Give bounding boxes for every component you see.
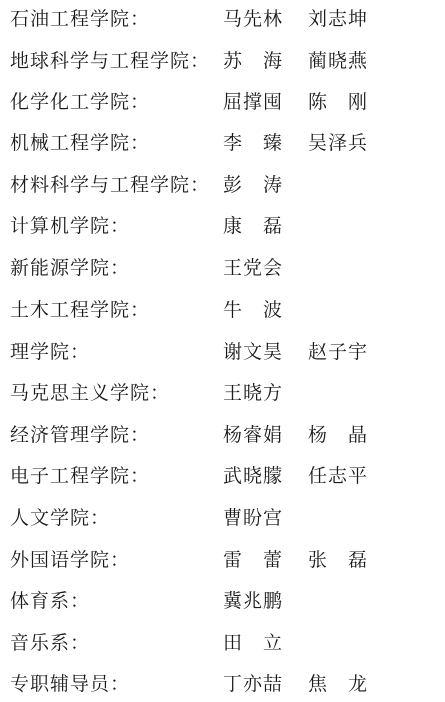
list-item: 土木工程学院： 牛 波 (0, 295, 445, 325)
person-name: 陈 刚 (308, 87, 368, 117)
list-item: 计算机学院： 康 磊 (0, 211, 445, 241)
person-name: 李 臻 (223, 128, 283, 158)
person-name: 屈撑囤 (223, 87, 283, 117)
person-name: 张 磊 (308, 545, 368, 575)
list-item: 地球科学与工程学院： 苏 海 蔺晓燕 (0, 46, 445, 76)
department-label: 人文学院： (10, 503, 110, 533)
person-name: 杨 晶 (308, 420, 368, 450)
department-label: 石油工程学院： (10, 4, 150, 34)
person-name: 杨睿娟 (223, 420, 283, 450)
list-item: 体育系： 冀兆鹏 (0, 586, 445, 616)
person-name: 康 磊 (223, 211, 283, 241)
department-label: 电子工程学院： (10, 461, 150, 491)
person-name: 武晓朦 (223, 461, 283, 491)
department-label: 机械工程学院： (10, 128, 150, 158)
list-item: 音乐系： 田 立 (0, 628, 445, 658)
person-name: 王晓方 (223, 378, 283, 408)
person-name: 赵子宇 (308, 337, 368, 367)
list-item: 电子工程学院： 武晓朦 任志平 (0, 461, 445, 491)
person-name: 雷 蕾 (223, 545, 283, 575)
person-name: 苏 海 (223, 46, 283, 76)
person-name: 王党会 (223, 253, 283, 283)
department-label: 材料科学与工程学院： (10, 170, 210, 200)
list-item: 化学化工学院： 屈撑囤 陈 刚 (0, 87, 445, 117)
department-label: 地球科学与工程学院： (10, 46, 210, 76)
department-label: 计算机学院： (10, 211, 130, 241)
person-name: 田 立 (223, 628, 283, 658)
department-label: 化学化工学院： (10, 87, 150, 117)
list-item: 马克思主义学院： 王晓方 (0, 378, 445, 408)
department-label: 专职辅导员： (10, 669, 130, 699)
department-label: 体育系： (10, 586, 90, 616)
list-item: 材料科学与工程学院： 彭 涛 (0, 170, 445, 200)
person-name: 任志平 (308, 461, 368, 491)
person-name: 彭 涛 (223, 170, 283, 200)
department-label: 土木工程学院： (10, 295, 150, 325)
department-label: 经济管理学院： (10, 420, 150, 450)
list-item: 理学院： 谢文昊 赵子宇 (0, 337, 445, 367)
person-name: 马先林 (223, 4, 283, 34)
person-name: 牛 波 (223, 295, 283, 325)
person-name: 焦 龙 (308, 669, 368, 699)
person-name: 谢文昊 (223, 337, 283, 367)
list-item: 机械工程学院： 李 臻 吴泽兵 (0, 128, 445, 158)
department-label: 新能源学院： (10, 253, 130, 283)
person-name: 冀兆鹏 (223, 586, 283, 616)
list-item: 外国语学院： 雷 蕾 张 磊 (0, 545, 445, 575)
list-item: 石油工程学院： 马先林 刘志坤 (0, 4, 445, 34)
department-label: 理学院： (10, 337, 90, 367)
department-label: 音乐系： (10, 628, 90, 658)
list-item: 新能源学院： 王党会 (0, 253, 445, 283)
person-name: 丁亦喆 (223, 669, 283, 699)
person-name: 刘志坤 (308, 4, 368, 34)
list-item: 专职辅导员： 丁亦喆 焦 龙 (0, 669, 445, 699)
department-label: 外国语学院： (10, 545, 130, 575)
person-name: 蔺晓燕 (308, 46, 368, 76)
person-name: 曹盼宫 (223, 503, 283, 533)
person-name: 吴泽兵 (308, 128, 368, 158)
list-item: 经济管理学院： 杨睿娟 杨 晶 (0, 420, 445, 450)
department-label: 马克思主义学院： (10, 378, 170, 408)
list-item: 人文学院： 曹盼宫 (0, 503, 445, 533)
